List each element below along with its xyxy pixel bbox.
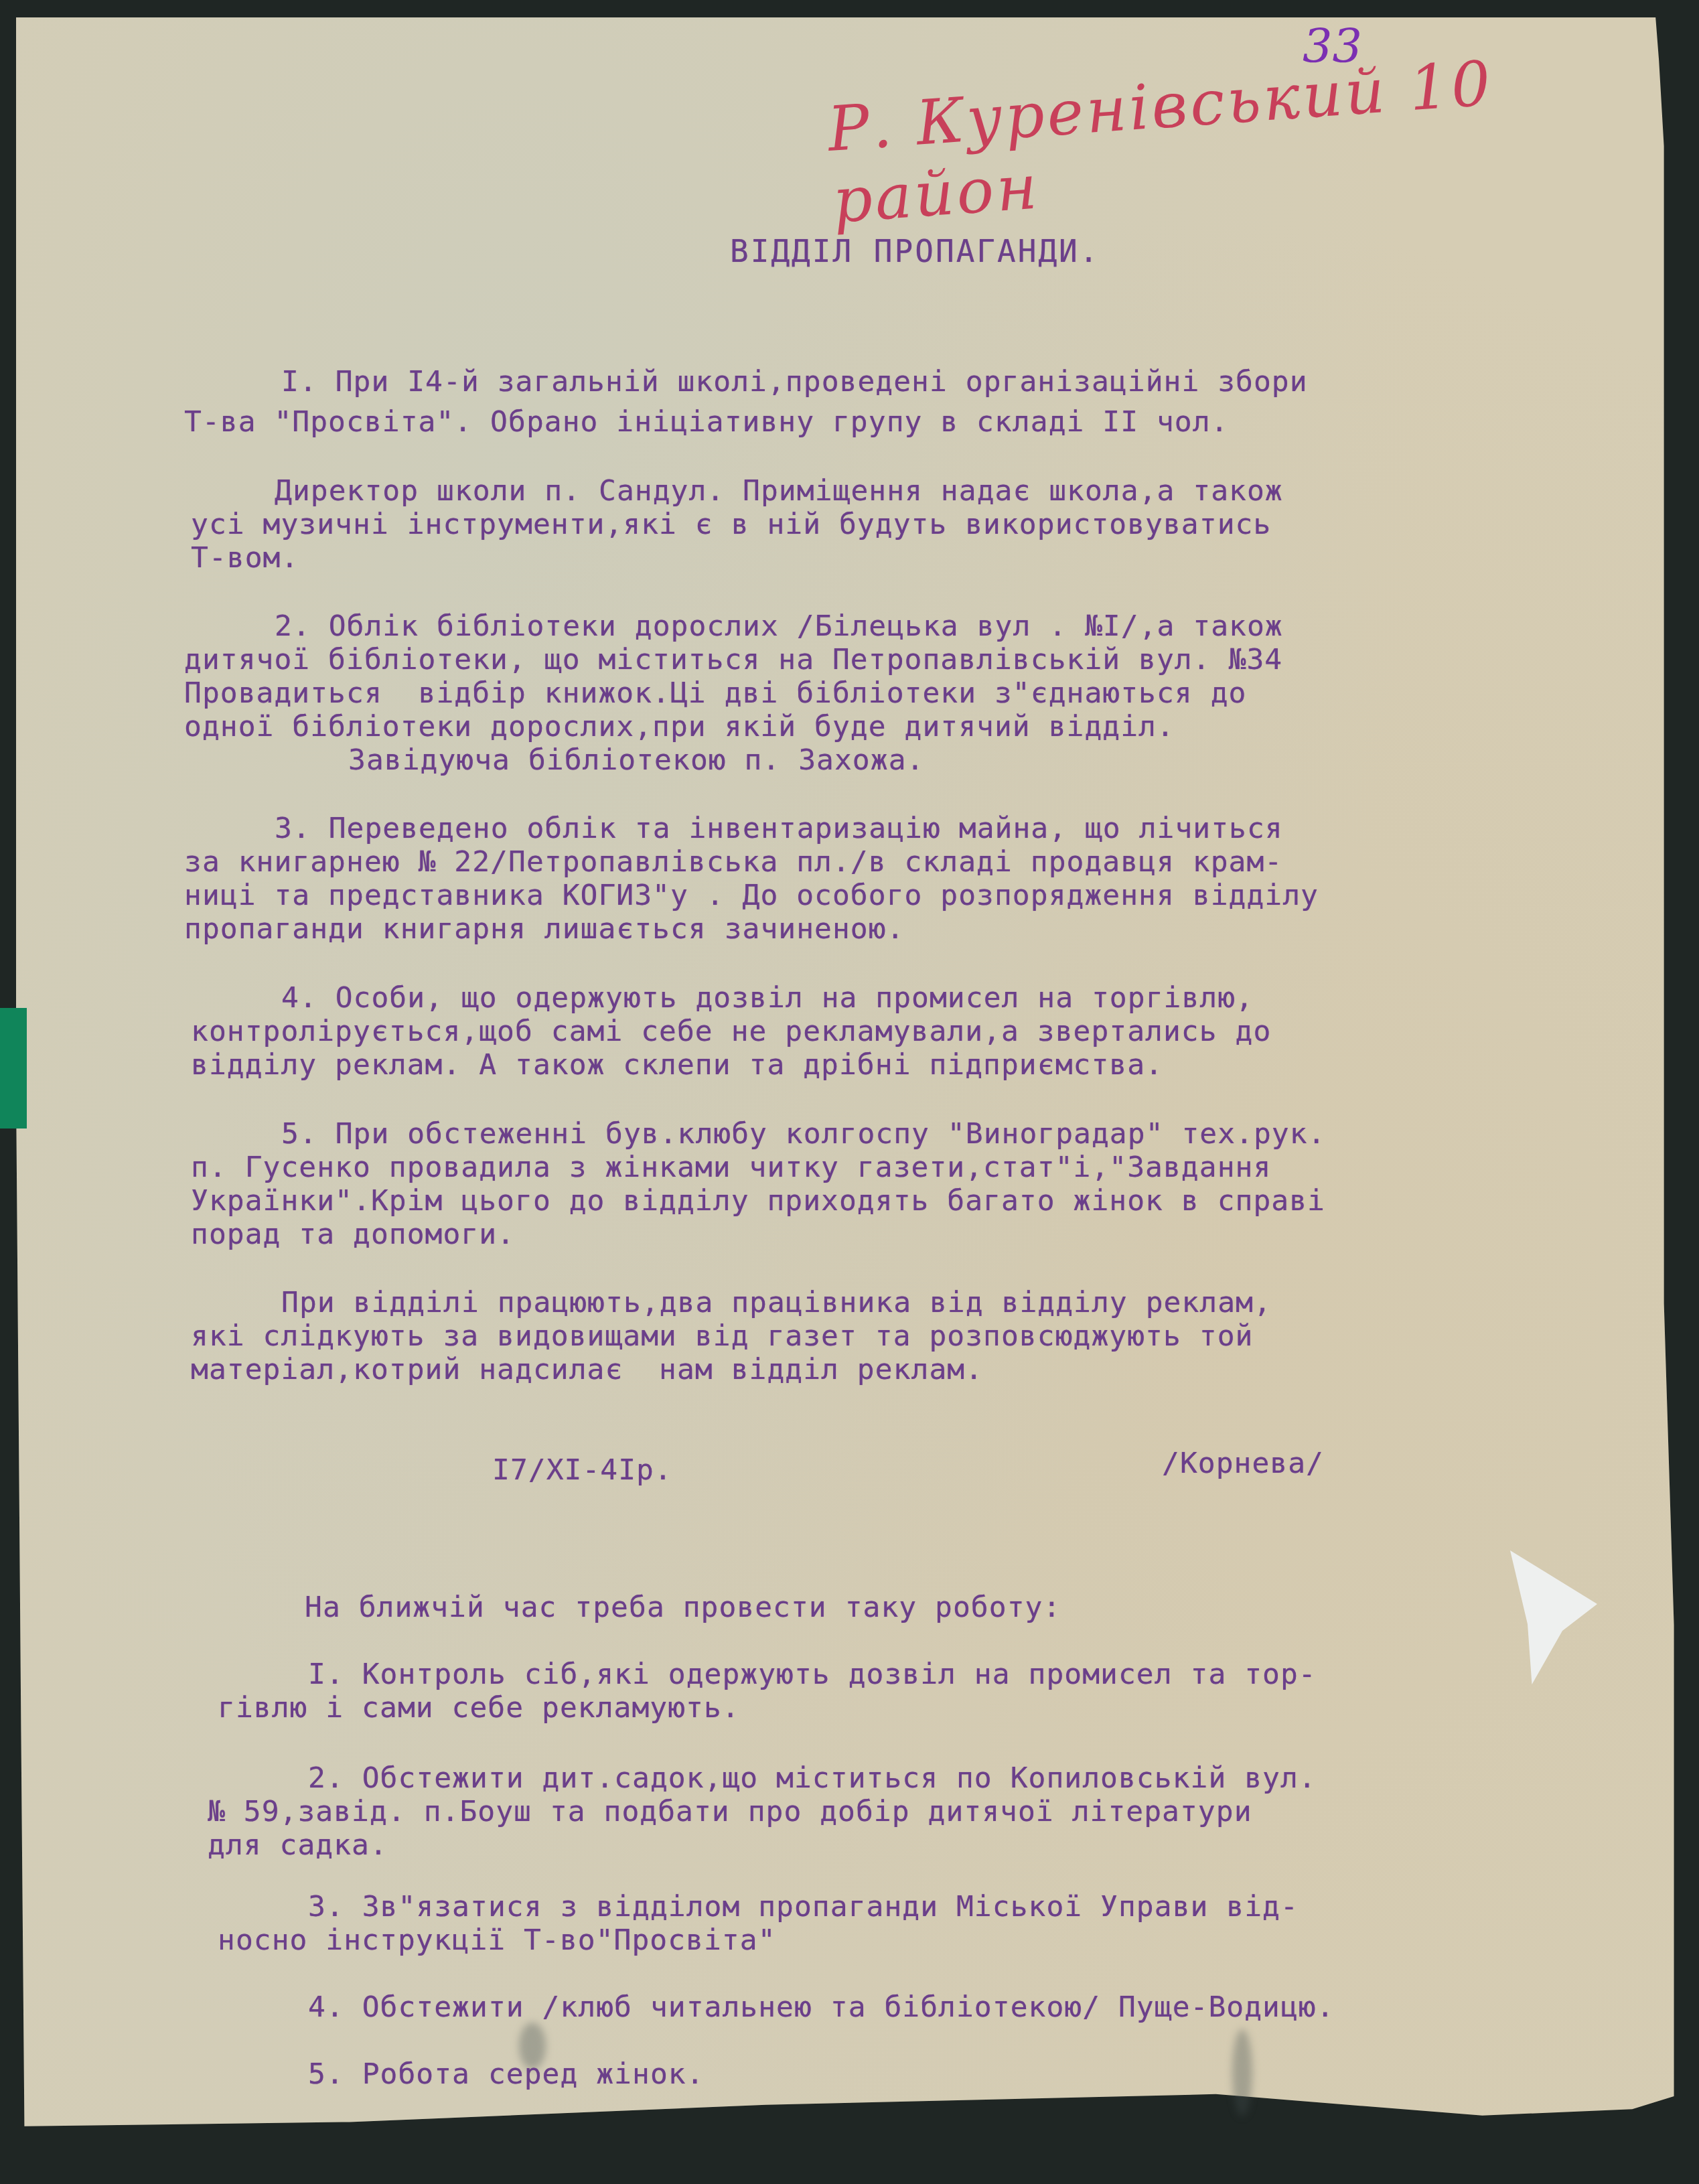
report-line: дитячої бібліотеки, що міститься на Петр… <box>184 643 1282 676</box>
plan-line: носно інструкції Т-во"Просвіта" <box>218 1923 776 1957</box>
report-line: 5. При обстеженні був.клюбу колгоспу "Ви… <box>281 1117 1326 1151</box>
plan-line: 5. Робота серед жінок. <box>308 2057 705 2091</box>
report-line: п. Гусенко провадила з жінками читку газ… <box>191 1151 1271 1184</box>
report-line: Т-вом. <box>191 541 299 575</box>
plan-line: 2. Обстежити дит.садок,що міститься по К… <box>308 1761 1317 1795</box>
plan-line: № 59,завід. п.Боуш та подбати про добір … <box>208 1795 1252 1828</box>
report-line: 3. Переведено облік та інвентаризацію ма… <box>275 812 1283 845</box>
report-line: Провадиться відбір книжок.Ці дві бібліот… <box>184 676 1246 710</box>
plan-line: І. Контроль сіб,які одержують дозвіл на … <box>308 1658 1317 1691</box>
report-line: При відділі працюють,два працівника від … <box>281 1286 1272 1319</box>
report-line: пропаганди книгарня лишається зачиненою. <box>184 912 905 946</box>
report-line: 4. Особи, що одержують дозвіл на промисе… <box>281 981 1254 1015</box>
report-line: ниці та представника КОГИЗ"у . До особог… <box>184 879 1319 912</box>
report-line: Т-ва "Просвіта". Обрано ініціативну груп… <box>184 405 1229 439</box>
report-line: порад та допомоги. <box>191 1218 515 1251</box>
report-line: І. При І4-й загальній школі,проведені ор… <box>281 365 1308 398</box>
plan-heading: На ближчій час треба провести таку робот… <box>305 1591 1061 1624</box>
report-line: 2. Облік бібліотеки дорослих /Білецька в… <box>275 609 1283 643</box>
report-line: контролірується,щоб самі себе не рекламу… <box>191 1015 1271 1048</box>
report-line: матеріал,котрий надсилає нам відділ рекл… <box>191 1353 983 1386</box>
signature: /Корнева/ <box>1162 1447 1324 1480</box>
report-line: одної бібліотеки дорослих,при якій буде … <box>184 710 1175 743</box>
green-marker-tab <box>0 1008 27 1129</box>
report-line: Українки".Крім цього до відділу приходят… <box>191 1184 1325 1218</box>
report-line: які слідкують за видовищами від газет та… <box>191 1319 1253 1353</box>
plan-line: 3. Зв"язатися з відділом пропаганди Місь… <box>308 1890 1299 1923</box>
plan-line: 4. Обстежити /клюб читальнею та бібліоте… <box>308 1990 1335 2024</box>
report-line: Завідуюча бібліотекою п. Захожа. <box>348 743 924 777</box>
plan-line: гівлю і сами себе рекламують. <box>218 1691 740 1725</box>
document-title: ВІДДІЛ ПРОПАГАНДИ. <box>730 234 1100 268</box>
document-date: І7/ХІ-4Ір. <box>492 1453 672 1487</box>
report-line: усі музичні інструменти,які є в ній буду… <box>191 508 1271 541</box>
ink-stain <box>1232 2029 1252 2116</box>
report-line: Директор школи п. Сандул. Приміщення над… <box>275 474 1283 508</box>
plan-line: для садка. <box>208 1828 388 1862</box>
report-line: відділу реклам. А також склепи та дрібні… <box>191 1048 1163 1082</box>
report-line: за книгарнею № 22/Петропавлівська пл./в … <box>184 845 1282 879</box>
